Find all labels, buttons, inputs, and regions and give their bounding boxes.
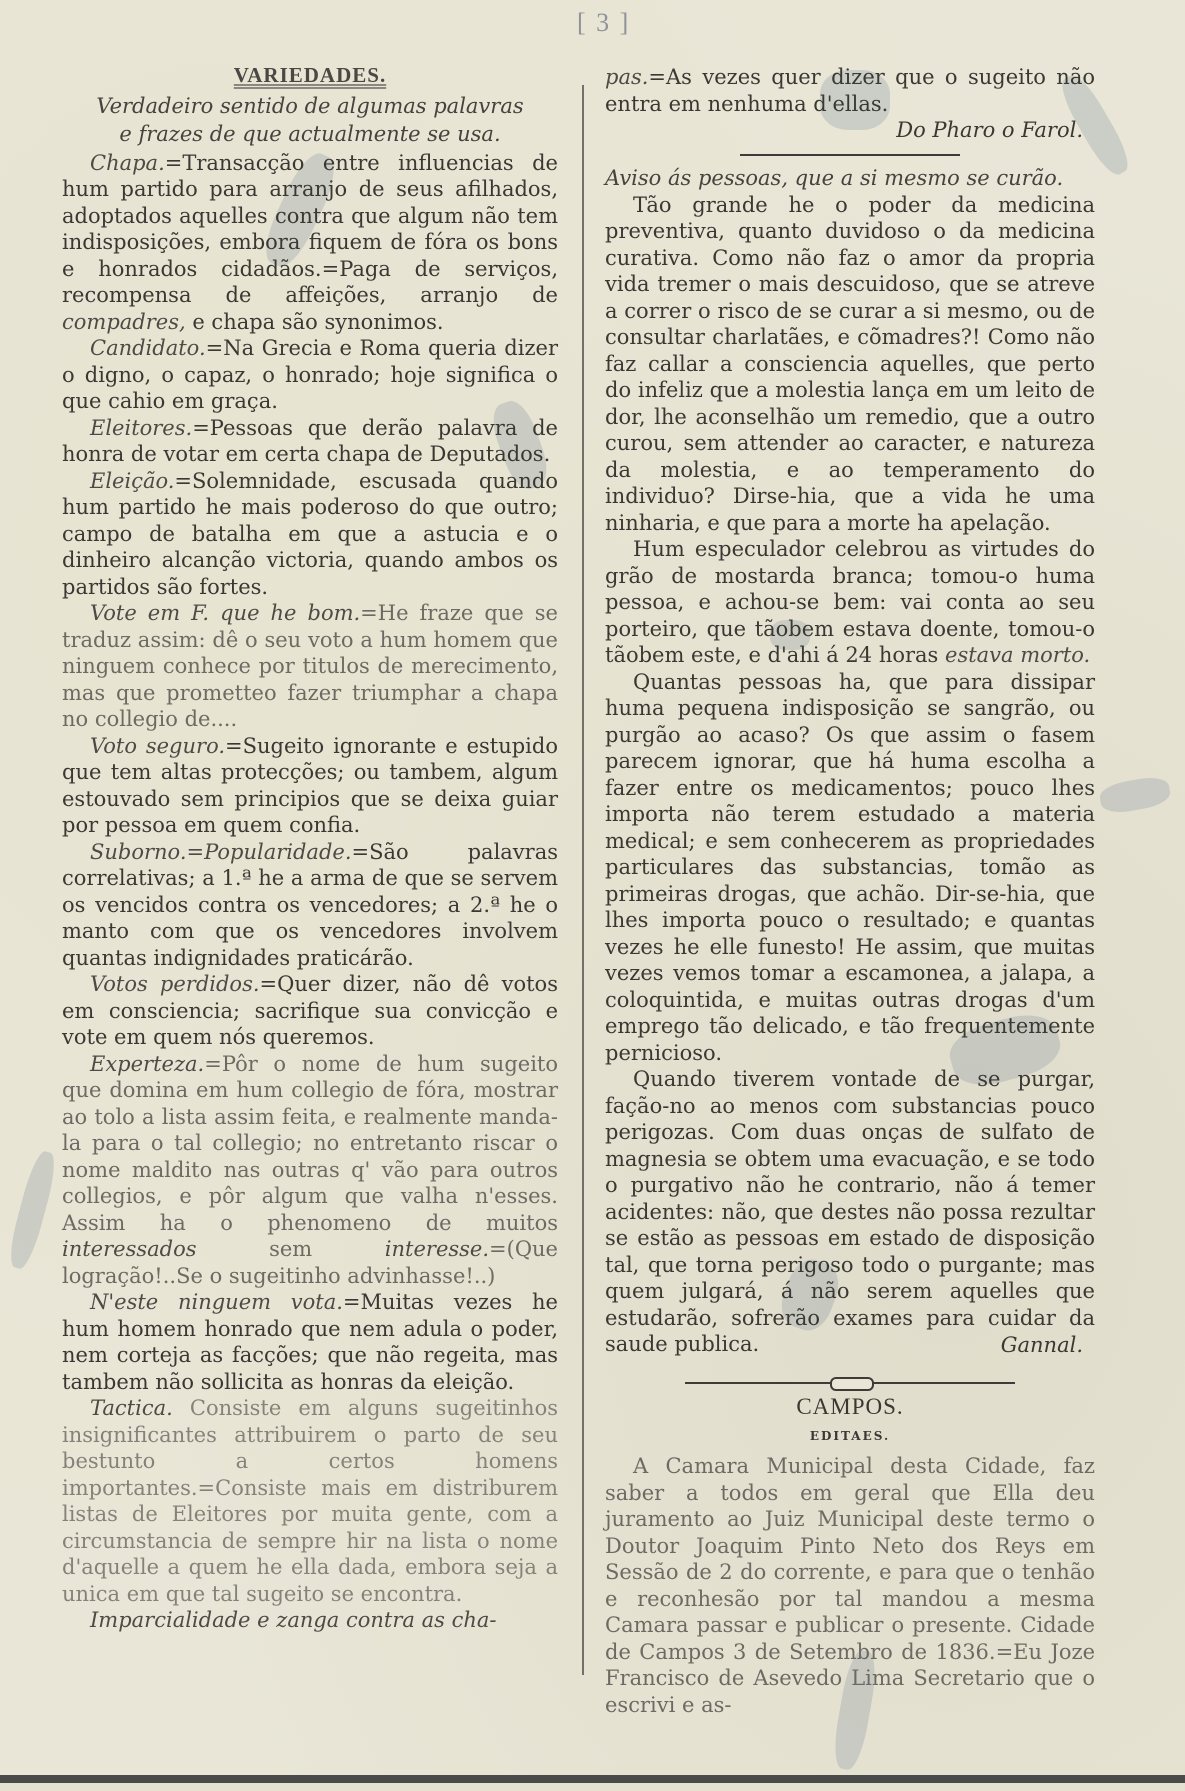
newspaper-page: [ 3 ] VARIEDADES. Verdadeiro sentido de … [0, 0, 1185, 1783]
entry-term: N'este ninguem vota. [90, 1290, 343, 1314]
separator-rule [740, 154, 960, 156]
entry-term: Imparcialidade e zanga contra as cha- [90, 1608, 496, 1632]
entry-italic-2: interesse. [385, 1237, 489, 1261]
left-column: VARIEDADES. Verdadeiro sentido de alguma… [62, 60, 558, 1634]
entry-vote-em-f: Vote em F. que he bom.=He fraze que se t… [62, 600, 558, 733]
entry-term: Suborno.=Popularidade. [90, 840, 352, 864]
entry-imparcialidade: Imparcialidade e zanga contra as cha- [62, 1607, 558, 1634]
entry-suborno-popularidade: Suborno.=Popularidade.=São palavras corr… [62, 839, 558, 972]
aviso-title: Aviso ás pessoas, que a si mesmo se curã… [605, 164, 1095, 192]
entry-text: Consiste em alguns sugeitinhos insignifi… [62, 1396, 558, 1606]
ornamental-divider [685, 1378, 1015, 1388]
entry-term: Votos perdidos. [90, 972, 260, 996]
entry-eleicao: Eleição.=Solemnidade, escusada quando hu… [62, 468, 558, 601]
entry-voto-seguro: Voto seguro.=Sugeito ignorante e estupid… [62, 733, 558, 839]
column-divider [582, 85, 584, 1675]
aviso-paragraph-4: Quando tiverem vontade de se purgar, faç… [605, 1066, 1095, 1358]
entry-term: Experteza. [90, 1052, 204, 1076]
entry-neste-ninguem-vota: N'este ninguem vota.=Muitas vezes he hum… [62, 1289, 558, 1395]
entry-text-tail: e chapa são synonimos. [186, 310, 444, 334]
entry-term: Candidato. [90, 336, 206, 360]
ornament-knot [830, 1377, 874, 1391]
subtitle-line-1: Verdadeiro sentido de algumas palavras [62, 92, 558, 120]
continuation-chapas: pas.=As vezes quer dizer que o sugeito n… [605, 64, 1095, 117]
edital-text: A Camara Municipal desta Cidade, faz sab… [605, 1453, 1095, 1718]
right-column: pas.=As vezes quer dizer que o sugeito n… [605, 64, 1095, 1718]
italic-phrase: estava morto. [945, 643, 1090, 667]
water-stain [5, 1149, 60, 1271]
subtitle-line-2: e frazes de que actualmente se usa. [62, 120, 558, 148]
entry-term: Eleitores. [90, 416, 192, 440]
campos-heading: CAMPOS. [605, 1394, 1095, 1421]
entry-eleitores: Eleitores.=Pessoas que derão palavra de … [62, 415, 558, 468]
entry-text-tail: sem [197, 1237, 385, 1261]
editaes-heading: EDITAES. [605, 1423, 1095, 1450]
entry-tactica: Tactica. Consiste em alguns sugeitinhos … [62, 1395, 558, 1607]
page-number: [ 3 ] [577, 8, 630, 38]
entry-chapa: Chapa.=Transacção entre influencias de h… [62, 150, 558, 336]
aviso-paragraph-3: Quantas pessoas ha, que para dissipar hu… [605, 669, 1095, 1067]
entry-candidato: Candidato.=Na Grecia e Roma queria dizer… [62, 335, 558, 415]
entry-term: Tactica. [90, 1396, 173, 1420]
aviso-paragraph-2: Hum especulador celebrou as virtudes do … [605, 536, 1095, 669]
entry-text: =As vezes quer dizer que o sugeito não e… [605, 65, 1095, 116]
aviso-paragraph-1: Tão grande he o poder da medicina preven… [605, 192, 1095, 537]
entry-term: Eleição. [90, 469, 174, 493]
water-stain [1098, 774, 1172, 816]
scan-edge-bar [0, 1775, 1185, 1783]
entry-text: =Pôr o nome de hum sugeito que domina em… [62, 1052, 558, 1235]
entry-term: Voto seguro. [90, 734, 225, 758]
section-title-variedades: VARIEDADES. [62, 62, 558, 89]
entry-italic: compadres, [62, 310, 186, 334]
entry-term: Vote em F. que he bom. [90, 601, 360, 625]
entry-term: pas. [605, 65, 648, 89]
entry-experteza: Experteza.=Pôr o nome de hum sugeito que… [62, 1051, 558, 1290]
entry-votos-perdidos: Votos perdidos.=Quer dizer, não dê votos… [62, 971, 558, 1051]
entry-italic: interessados [62, 1237, 197, 1261]
entry-term: Chapa. [90, 151, 165, 175]
source-signature: Do Pharo o Farol. [605, 117, 1095, 144]
